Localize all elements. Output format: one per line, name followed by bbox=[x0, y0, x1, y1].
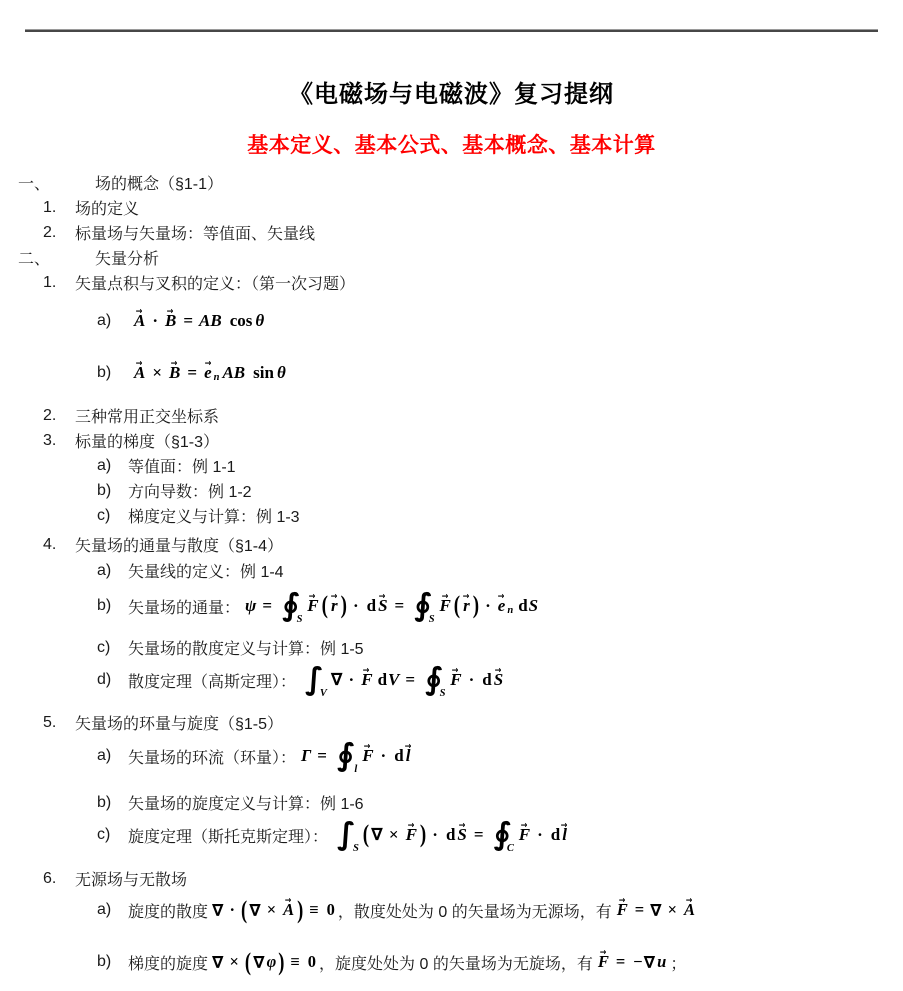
list-marker: b) bbox=[97, 794, 128, 812]
math-formula-gradient-curl: ∇×(∇φ)≡0 bbox=[211, 952, 316, 973]
math-token-v: e bbox=[498, 596, 506, 616]
math-token-v: F bbox=[439, 596, 450, 616]
item-text: 场的概念（§1-1） bbox=[95, 171, 223, 194]
math-token-int: ∮S bbox=[414, 593, 431, 620]
math-token-fn: sin bbox=[253, 363, 274, 383]
list-marker: c) bbox=[97, 639, 128, 657]
outline-row: 二、 矢量分析 bbox=[0, 245, 903, 270]
item-text: 矢量场的环流（环量）： bbox=[128, 745, 296, 768]
math-token-v: S bbox=[378, 596, 387, 616]
math-token-o: · bbox=[230, 900, 236, 920]
list-marker: b) bbox=[97, 482, 128, 500]
math-formula-divergence-theorem: ∫V∇·FdV=∮SF·dS bbox=[300, 667, 505, 694]
math-token-v: F bbox=[617, 900, 628, 920]
math-token-i: AB bbox=[199, 311, 222, 331]
item-text: 方向导数：例 1-2 bbox=[128, 479, 252, 502]
integral-subscript: l bbox=[354, 764, 357, 775]
math-token-v: F bbox=[361, 670, 372, 690]
item-text: 矢量场的通量与散度（§1-4） bbox=[75, 533, 283, 556]
math-formula-circulation: Γ=∮lF·dl bbox=[300, 743, 412, 770]
outline-row: c) 梯度定义与计算：例 1-3 bbox=[0, 503, 903, 528]
outline-row: 3. 标量的梯度（§1-3） bbox=[0, 428, 903, 453]
list-marker: 2. bbox=[43, 224, 75, 242]
integral-subscript: S bbox=[429, 614, 435, 625]
page-title: 《电磁场与电磁波》复习提纲 bbox=[0, 74, 903, 109]
outline-row: b) 梯度的旋度 ∇×(∇φ)≡0 ，旋度处处为 0 的矢量场为无旋场，有 F=… bbox=[0, 942, 903, 982]
math-token-o: · bbox=[469, 670, 475, 690]
math-token-o: = bbox=[635, 900, 644, 920]
item-text: 矢量场的旋度定义与计算：例 1-6 bbox=[128, 791, 364, 814]
math-token-v: l bbox=[562, 825, 567, 845]
list-marker: a) bbox=[97, 457, 128, 475]
math-token-v: l bbox=[406, 746, 411, 766]
math-token-u: d bbox=[518, 596, 527, 616]
math-formula-curl-divergence: ∇·(∇×A)≡0 bbox=[211, 900, 335, 921]
outline-row: 4. 矢量场的通量与散度（§1-4） bbox=[0, 532, 903, 557]
integral-icon: ∮ bbox=[337, 743, 354, 769]
math-token-o: ≡ bbox=[309, 900, 318, 920]
math-token-i: φ bbox=[267, 952, 277, 972]
math-token-int: ∫V bbox=[305, 667, 324, 694]
math-token-u: d bbox=[551, 825, 560, 845]
item-text: 散度定理（高斯定理）： bbox=[128, 669, 296, 692]
header-rule bbox=[25, 29, 878, 32]
list-marker: c) bbox=[97, 507, 128, 525]
math-token-int: ∮C bbox=[494, 822, 511, 849]
item-text: 三种常用正交坐标系 bbox=[75, 404, 219, 427]
math-token-o: = bbox=[317, 746, 327, 766]
outline-row: a) 等值面：例 1-1 bbox=[0, 453, 903, 478]
page-subtitle: 基本定义、基本公式、基本概念、基本计算 bbox=[0, 129, 903, 159]
math-formula-flux: ψ=∮SF(r)·dS=∮SF(r)·endS bbox=[244, 593, 539, 620]
math-token-o: = bbox=[262, 596, 272, 616]
item-text: 无源场与无散场 bbox=[75, 867, 187, 890]
list-marker: a) bbox=[97, 312, 128, 330]
math-token-int: ∫S bbox=[337, 822, 356, 849]
math-token-v: F bbox=[307, 596, 318, 616]
math-token-fn: cos bbox=[230, 311, 253, 331]
math-formula-cross-product: A×B=enABsinθ bbox=[132, 363, 287, 383]
math-token-u: 0 bbox=[327, 900, 335, 920]
math-token-int: ∮S bbox=[282, 593, 299, 620]
math-token-b: ) bbox=[473, 591, 479, 621]
integral-subscript: S bbox=[297, 614, 303, 625]
math-token-v: F bbox=[406, 825, 417, 845]
math-token-u: 0 bbox=[308, 952, 316, 972]
outline-row: 6. 无源场与无散场 bbox=[0, 866, 903, 891]
math-token-g: ∇ bbox=[212, 953, 224, 972]
math-token-v: A bbox=[283, 900, 294, 920]
item-text: 矢量线的定义：例 1-4 bbox=[128, 559, 284, 582]
outline-row: 2. 三种常用正交坐标系 bbox=[0, 403, 903, 428]
outline-row: a) 矢量线的定义：例 1-4 bbox=[0, 558, 903, 583]
item-text: 标量的梯度（§1-3） bbox=[75, 429, 219, 452]
math-token-b: ( bbox=[241, 896, 247, 924]
math-token-b: ( bbox=[322, 591, 328, 621]
integral-subscript: V bbox=[320, 688, 327, 699]
math-token-g: ∇ bbox=[331, 670, 343, 690]
list-marker: b) bbox=[97, 597, 128, 615]
math-token-u: − bbox=[633, 952, 642, 972]
list-marker: a) bbox=[97, 562, 128, 580]
math-token-v: A bbox=[134, 363, 145, 383]
list-marker: 5. bbox=[43, 714, 75, 732]
math-token-g: ∇ bbox=[644, 953, 656, 972]
math-token-o: × bbox=[389, 825, 399, 845]
list-marker: 一、 bbox=[18, 171, 95, 194]
item-text: 旋度定理（斯托克斯定理）： bbox=[128, 824, 328, 847]
outline-row: b) A×B=enABsinθ bbox=[0, 352, 903, 394]
math-token-int: ∮S bbox=[425, 667, 442, 694]
list-marker: 二、 bbox=[18, 246, 95, 269]
math-token-i: V bbox=[388, 670, 399, 690]
list-marker: c) bbox=[97, 826, 128, 844]
math-token-int: ∮l bbox=[337, 743, 354, 770]
list-marker: 6. bbox=[43, 870, 75, 888]
math-token-o: × bbox=[668, 900, 677, 920]
list-marker: 2. bbox=[43, 407, 75, 425]
item-text: 矢量场的环量与旋度（§1-5） bbox=[75, 711, 283, 734]
math-token-o: · bbox=[349, 670, 355, 690]
math-token-v: B bbox=[165, 311, 176, 331]
item-text: ； bbox=[670, 951, 686, 974]
item-text: 矢量分析 bbox=[95, 246, 159, 269]
item-text: 旋度的散度 bbox=[128, 899, 208, 922]
math-token-o: = bbox=[616, 952, 625, 972]
math-token-v: S bbox=[494, 670, 503, 690]
math-token-o: × bbox=[152, 363, 162, 383]
outline-row: a) A·B=ABcosθ bbox=[0, 300, 903, 342]
math-token-o: = bbox=[474, 825, 484, 845]
outline-row: 1. 矢量点积与叉积的定义：（第一次习题） bbox=[0, 270, 903, 295]
item-text: 矢量场的通量： bbox=[128, 595, 240, 618]
item-text: ，散度处处为 0 的矢量场为无源场，有 bbox=[338, 899, 612, 922]
math-token-b: ) bbox=[341, 591, 347, 621]
math-token-b: ( bbox=[245, 948, 251, 976]
integral-subscript: S bbox=[440, 688, 446, 699]
list-marker: a) bbox=[97, 747, 128, 765]
outline-row: c) 矢量场的散度定义与计算：例 1-5 bbox=[0, 635, 903, 660]
math-token-v: B bbox=[169, 363, 180, 383]
math-formula-f-equals-curl-a: F=∇×A bbox=[615, 900, 697, 920]
math-token-b: ( bbox=[454, 591, 460, 621]
outline-row: a) 旋度的散度 ∇·(∇×A)≡0 ，散度处处为 0 的矢量场为无源场，有 F… bbox=[0, 890, 903, 930]
outline-row: b) 方向导数：例 1-2 bbox=[0, 478, 903, 503]
math-token-o: × bbox=[230, 952, 239, 972]
item-text: 场的定义 bbox=[75, 196, 139, 219]
math-token-o: · bbox=[537, 825, 543, 845]
math-token-v: e bbox=[204, 363, 212, 383]
math-token-b: ) bbox=[420, 820, 426, 850]
math-token-sub: n bbox=[214, 372, 220, 383]
outline-row: d) 散度定理（高斯定理）： ∫V∇·FdV=∮SF·dS bbox=[0, 658, 903, 702]
math-token-v: r bbox=[463, 596, 470, 616]
outline-row: 5. 矢量场的环量与旋度（§1-5） bbox=[0, 710, 903, 735]
math-formula-f-equals-neg-grad-u: F=−∇u bbox=[596, 952, 668, 972]
math-token-g: ∇ bbox=[253, 953, 265, 972]
list-marker: 3. bbox=[43, 432, 75, 450]
math-token-v: S bbox=[457, 825, 466, 845]
outline-row: b) 矢量场的通量： ψ=∮SF(r)·dS=∮SF(r)·endS bbox=[0, 584, 903, 628]
math-token-u: d bbox=[482, 670, 491, 690]
math-token-o: · bbox=[432, 825, 438, 845]
math-token-b: ) bbox=[297, 896, 303, 924]
math-token-o: · bbox=[381, 746, 387, 766]
math-token-b: ) bbox=[278, 948, 284, 976]
item-text: 梯度定义与计算：例 1-3 bbox=[128, 504, 300, 527]
item-text: ，旋度处处为 0 的矢量场为无旋场，有 bbox=[319, 951, 593, 974]
math-token-i: θ bbox=[277, 363, 286, 383]
math-token-v: F bbox=[362, 746, 373, 766]
item-text: 梯度的旋度 bbox=[128, 951, 208, 974]
math-token-o: · bbox=[485, 596, 491, 616]
item-text: 矢量点积与叉积的定义：（第一次习题） bbox=[75, 271, 355, 294]
math-token-o: · bbox=[353, 596, 359, 616]
outline-row: 一、 场的概念（§1-1） bbox=[0, 170, 903, 195]
math-token-u: d bbox=[446, 825, 455, 845]
item-text: 矢量场的散度定义与计算：例 1-5 bbox=[128, 636, 364, 659]
math-token-o: ≡ bbox=[290, 952, 299, 972]
math-token-i: S bbox=[529, 596, 538, 616]
item-text: 标量场与矢量场：等值面、矢量线 bbox=[75, 221, 315, 244]
math-token-g: ∇ bbox=[249, 901, 261, 920]
math-token-v: F bbox=[519, 825, 530, 845]
math-token-o: = bbox=[187, 363, 197, 383]
math-formula-stokes-theorem: ∫S(∇×F)·dS=∮CF·dl bbox=[332, 822, 569, 849]
math-token-v: F bbox=[598, 952, 609, 972]
outline-row: b) 矢量场的旋度定义与计算：例 1-6 bbox=[0, 790, 903, 815]
math-token-i: u bbox=[657, 952, 666, 972]
math-token-g: ∇ bbox=[650, 901, 662, 920]
math-token-v: F bbox=[450, 670, 461, 690]
math-token-v: A bbox=[134, 311, 145, 331]
math-token-o: = bbox=[405, 670, 415, 690]
math-token-i: ψ bbox=[245, 596, 256, 616]
outline-row: 1. 场的定义 bbox=[0, 195, 903, 220]
document-page: 《电磁场与电磁波》复习提纲 基本定义、基本公式、基本概念、基本计算 一、 场的概… bbox=[0, 0, 903, 991]
math-token-i: θ bbox=[255, 311, 264, 331]
math-token-u: d bbox=[378, 670, 387, 690]
list-marker: d) bbox=[97, 671, 128, 689]
math-formula-dot-product: A·B=ABcosθ bbox=[132, 311, 265, 331]
math-token-o: · bbox=[152, 311, 158, 331]
item-text: 等值面：例 1-1 bbox=[128, 454, 236, 477]
outline-row: c) 旋度定理（斯托克斯定理）： ∫S(∇×F)·dS=∮CF·dl bbox=[0, 813, 903, 857]
math-token-o: = bbox=[395, 596, 405, 616]
list-marker: 1. bbox=[43, 274, 75, 292]
list-marker: b) bbox=[97, 364, 128, 382]
math-token-g: ∇ bbox=[212, 901, 224, 920]
list-marker: a) bbox=[97, 901, 128, 919]
list-marker: 4. bbox=[43, 536, 75, 554]
math-token-g: ∇ bbox=[371, 825, 383, 845]
integral-subscript: S bbox=[353, 843, 359, 854]
math-token-i: Γ bbox=[301, 746, 311, 766]
math-token-u: d bbox=[394, 746, 403, 766]
outline-row: a) 矢量场的环流（环量）： Γ=∮lF·dl bbox=[0, 734, 903, 778]
math-token-o: × bbox=[267, 900, 276, 920]
list-marker: 1. bbox=[43, 199, 75, 217]
integral-subscript: C bbox=[507, 843, 514, 854]
math-token-i: AB bbox=[222, 363, 245, 383]
list-marker: b) bbox=[97, 953, 128, 971]
math-token-u: d bbox=[367, 596, 376, 616]
math-token-o: = bbox=[183, 311, 193, 331]
outline-row: 2. 标量场与矢量场：等值面、矢量线 bbox=[0, 220, 903, 245]
math-token-b: ( bbox=[363, 820, 369, 850]
math-token-sub: n bbox=[507, 605, 513, 616]
math-token-v: r bbox=[331, 596, 338, 616]
math-token-v: A bbox=[684, 900, 695, 920]
